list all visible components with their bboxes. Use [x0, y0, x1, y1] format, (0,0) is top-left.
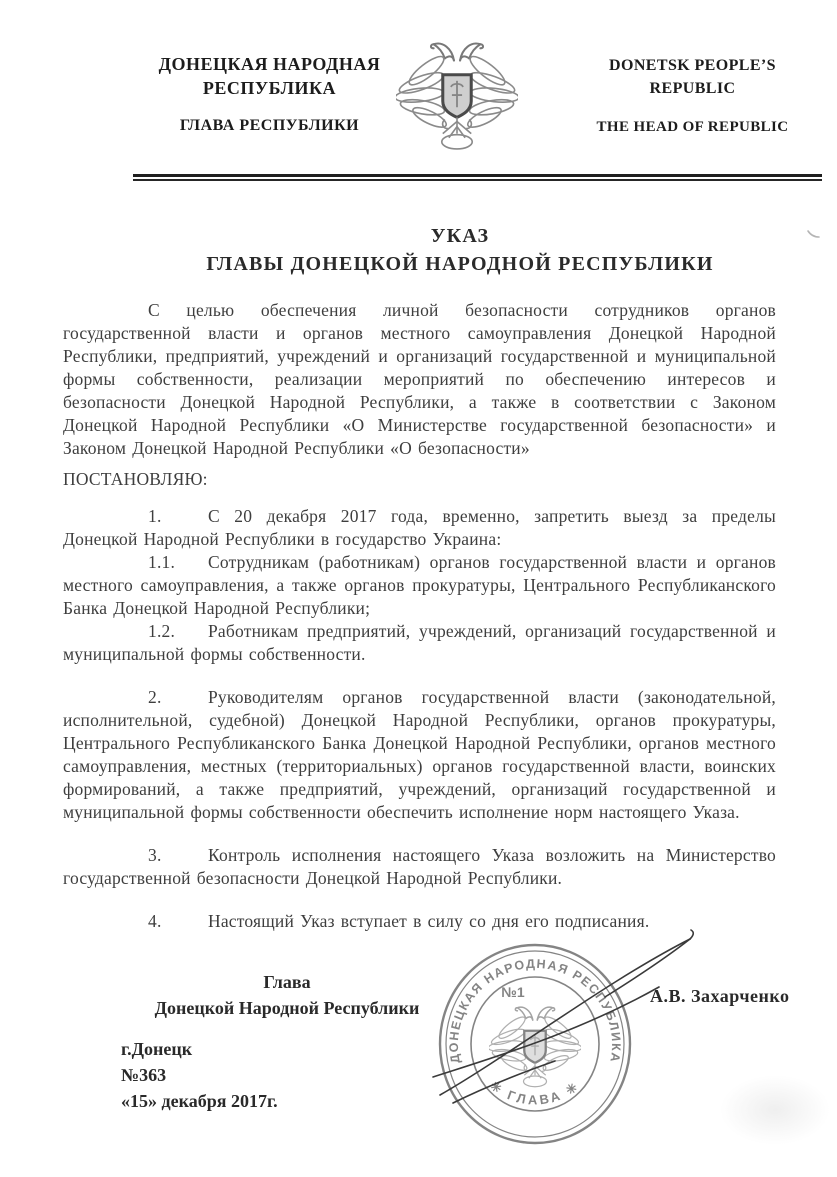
decree-item-1-1: 1.1.Сотрудникам (работникам) органов гос…	[63, 551, 776, 620]
requisites-city: г.Донецк	[121, 1036, 278, 1062]
header-divider-rule	[133, 174, 822, 181]
header-english-block: DONETSK PEOPLE’S REPUBLIC THE HEAD OF RE…	[560, 54, 825, 139]
decree-item-1-2: 1.2.Работникам предприятий, учреждений, …	[63, 620, 776, 666]
decree-title-line1: УКАЗ	[85, 222, 835, 250]
signatory-post-line2: Донецкой Народной Республики	[112, 995, 462, 1021]
item-number: 1.	[148, 505, 208, 528]
decree-body: С целью обеспечения личной безопасности …	[63, 299, 776, 933]
decree-requisites: г.Донецк №363 «15» декабря 2017г.	[121, 1036, 278, 1114]
item-number: 4.	[148, 910, 208, 933]
header-en-subtitle: THE HEAD OF REPUBLIC	[560, 116, 825, 139]
preamble-paragraph: С целью обеспечения личной безопасности …	[63, 299, 776, 460]
item-number: 1.2.	[148, 620, 208, 643]
header-ru-subtitle: ГЛАВА РЕСПУБЛИКИ	[112, 114, 427, 138]
decree-item-3: 3.Контроль исполнения настоящего Указа в…	[63, 844, 776, 890]
header-ru-line1: ДОНЕЦКАЯ НАРОДНАЯ	[112, 52, 427, 76]
decree-title-line2: ГЛАВЫ ДОНЕЦКОЙ НАРОДНОЙ РЕСПУБЛИКИ	[85, 250, 835, 278]
item-number: 2.	[148, 686, 208, 709]
header-en-line2: REPUBLIC	[560, 77, 825, 100]
header-russian-block: ДОНЕЦКАЯ НАРОДНАЯ РЕСПУБЛИКА ГЛАВА РЕСПУ…	[112, 52, 427, 138]
requisites-number: №363	[121, 1062, 278, 1088]
resolve-word: ПОСТАНОВЛЯЮ:	[63, 468, 776, 491]
requisites-date: «15» декабря 2017г.	[121, 1088, 278, 1114]
header-en-line1: DONETSK PEOPLE’S	[560, 54, 825, 77]
header-ru-line2: РЕСПУБЛИКА	[112, 76, 427, 100]
signatory-post: Глава Донецкой Народной Республики	[112, 969, 462, 1021]
item-number: 3.	[148, 844, 208, 867]
double-headed-eagle-emblem-icon	[396, 28, 518, 154]
handwritten-signature-icon	[425, 923, 717, 1121]
decree-document-page: ДОНЕЦКАЯ НАРОДНАЯ РЕСПУБЛИКА ГЛАВА РЕСПУ…	[0, 0, 837, 1177]
decree-item-2: 2.Руководителям органов государственной …	[63, 686, 776, 824]
decree-item-1: 1.С 20 декабря 2017 года, временно, запр…	[63, 505, 776, 551]
item-number: 1.1.	[148, 551, 208, 574]
decree-title: УКАЗ ГЛАВЫ ДОНЕЦКОЙ НАРОДНОЙ РЕСПУБЛИКИ	[85, 222, 835, 278]
scan-shadow-artifact	[720, 1075, 830, 1145]
signatory-post-line1: Глава	[112, 969, 462, 995]
